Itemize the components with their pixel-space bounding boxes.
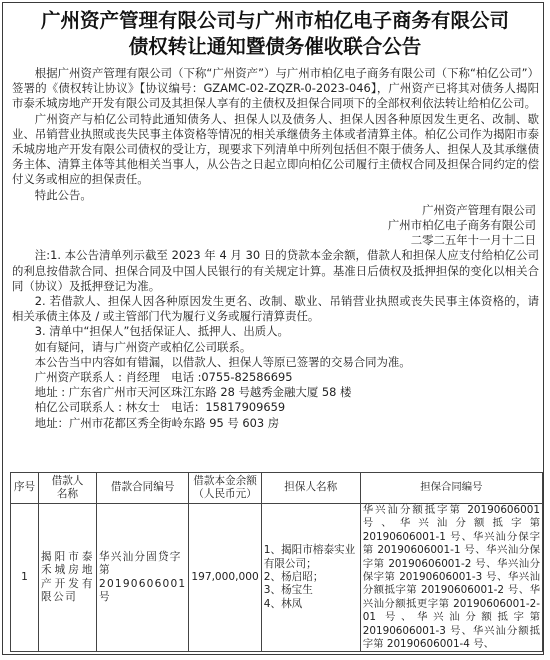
contacts-block: 广州资产联系人 : 肖经理 电话 :0755-82586695 地址 : 广东省… xyxy=(12,370,539,431)
title-line-1: 广州资产管理有限公司与广州市柏亿电子商务有限公司 xyxy=(0,8,550,34)
cell-amount: 197,000,000 xyxy=(189,504,261,652)
notice-body: 根据广州资产管理有限公司（下称“广州资产”）与广州市柏亿电子商务有限公司（下称“… xyxy=(12,66,539,431)
header-borrower-line-1: 借款人 xyxy=(41,475,94,488)
table-row: 1 揭阳市泰禾城房地产开发有限公司 华兴汕分固贷字第 20190606001 号… xyxy=(11,504,543,652)
title-line-2: 债权转让通知暨债务催收联合公告 xyxy=(0,34,550,60)
note-inquiry: 如有疑问，请与广州资产或柏亿公司联系。 xyxy=(12,340,539,355)
note-1: 注:1. 本公告清单列示截至 2023 年 4 月 30 日的贷款本金余额，借款… xyxy=(12,248,539,294)
header-guarantor: 担保人名称 xyxy=(261,473,360,504)
guarantor-2: 2、杨启昭； xyxy=(264,571,358,584)
header-loan-contract: 借款合同编号 xyxy=(97,473,189,504)
gz-address: 地址 : 广东省广州市天河区珠江东路 28 号越秀金融大厦 58 楼 xyxy=(12,385,539,400)
header-seq: 序号 xyxy=(11,473,39,504)
header-amount-line-2: （人民币元） xyxy=(191,488,258,501)
header-borrower-line-2: 名称 xyxy=(41,488,94,501)
header-amount-line-1: 借款本金余额 xyxy=(191,475,258,488)
guarantor-4: 4、林凤 xyxy=(264,598,358,611)
note-disclaimer: 本公告当中内容如有错漏，以借款人、担保人等原已签署的交易合同为准。 xyxy=(12,355,539,370)
header-guarantee-contract: 担保合同编号 xyxy=(360,473,542,504)
debt-list-table: 序号 借款人 名称 借款合同编号 借款本金余额 （人民币元） 担保人名称 担保合… xyxy=(10,472,543,652)
note-3: 3. 清单中“担保人”包括保证人、抵押人、出质人。 xyxy=(12,324,539,339)
guarantor-3: 3、杨宝生 xyxy=(264,584,358,597)
signature-block: 广州资产管理有限公司 广州市柏亿电子商务有限公司 二零二五年十一月十二日 xyxy=(12,203,539,249)
cell-seq: 1 xyxy=(11,504,39,652)
note-2: 2. 若借款人、担保人因各种原因发生更名、改制、歇业、吊销营业执照或丧失民事主体… xyxy=(12,294,539,324)
signature-company-1: 广州资产管理有限公司 xyxy=(12,203,539,218)
notice-title: 广州资产管理有限公司与广州市柏亿电子商务有限公司 债权转让通知暨债务催收联合公告 xyxy=(0,8,550,60)
cell-guarantee-contracts: 华兴汕分额抵字第 20190606001 号、华兴汕分额抵字第 20190606… xyxy=(360,504,542,652)
notes-block: 注:1. 本公告清单列示截至 2023 年 4 月 30 日的贷款本金余额，借款… xyxy=(12,248,539,370)
gz-contact: 广州资产联系人 : 肖经理 电话 :0755-82586695 xyxy=(12,370,539,385)
table-header-row: 序号 借款人 名称 借款合同编号 借款本金余额 （人民币元） 担保人名称 担保合… xyxy=(11,473,543,504)
paragraph-transfer: 根据广州资产管理有限公司（下称“广州资产”）与广州市柏亿电子商务有限公司（下称“… xyxy=(12,66,539,112)
header-borrower: 借款人 名称 xyxy=(39,473,97,504)
paragraph-notification: 广州资产与柏亿公司特此通知债务人、担保人以及债务人、担保人因各种原因发生更名、改… xyxy=(12,112,539,188)
guarantor-1: 1、揭阳市榕泰实业有限公司； xyxy=(264,544,358,571)
signature-company-2: 广州市柏亿电子商务有限公司 xyxy=(12,218,539,233)
cell-borrower: 揭阳市泰禾城房地产开发有限公司 xyxy=(39,504,97,652)
header-amount: 借款本金余额 （人民币元） xyxy=(189,473,261,504)
by-contact: 柏亿公司联系人 : 林女士 电话：15817909659 xyxy=(12,400,539,415)
signature-date: 二零二五年十一月十二日 xyxy=(12,233,539,248)
by-address: 地址：广州市花都区秀全街岭东路 95 号 603 房 xyxy=(12,416,539,431)
paragraph-closing: 特此公告。 xyxy=(12,188,539,203)
cell-guarantors: 1、揭阳市榕泰实业有限公司； 2、杨启昭； 3、杨宝生 4、林凤 xyxy=(261,504,360,652)
cell-loan-contract: 华兴汕分固贷字第 20190606001 号 xyxy=(97,504,189,652)
